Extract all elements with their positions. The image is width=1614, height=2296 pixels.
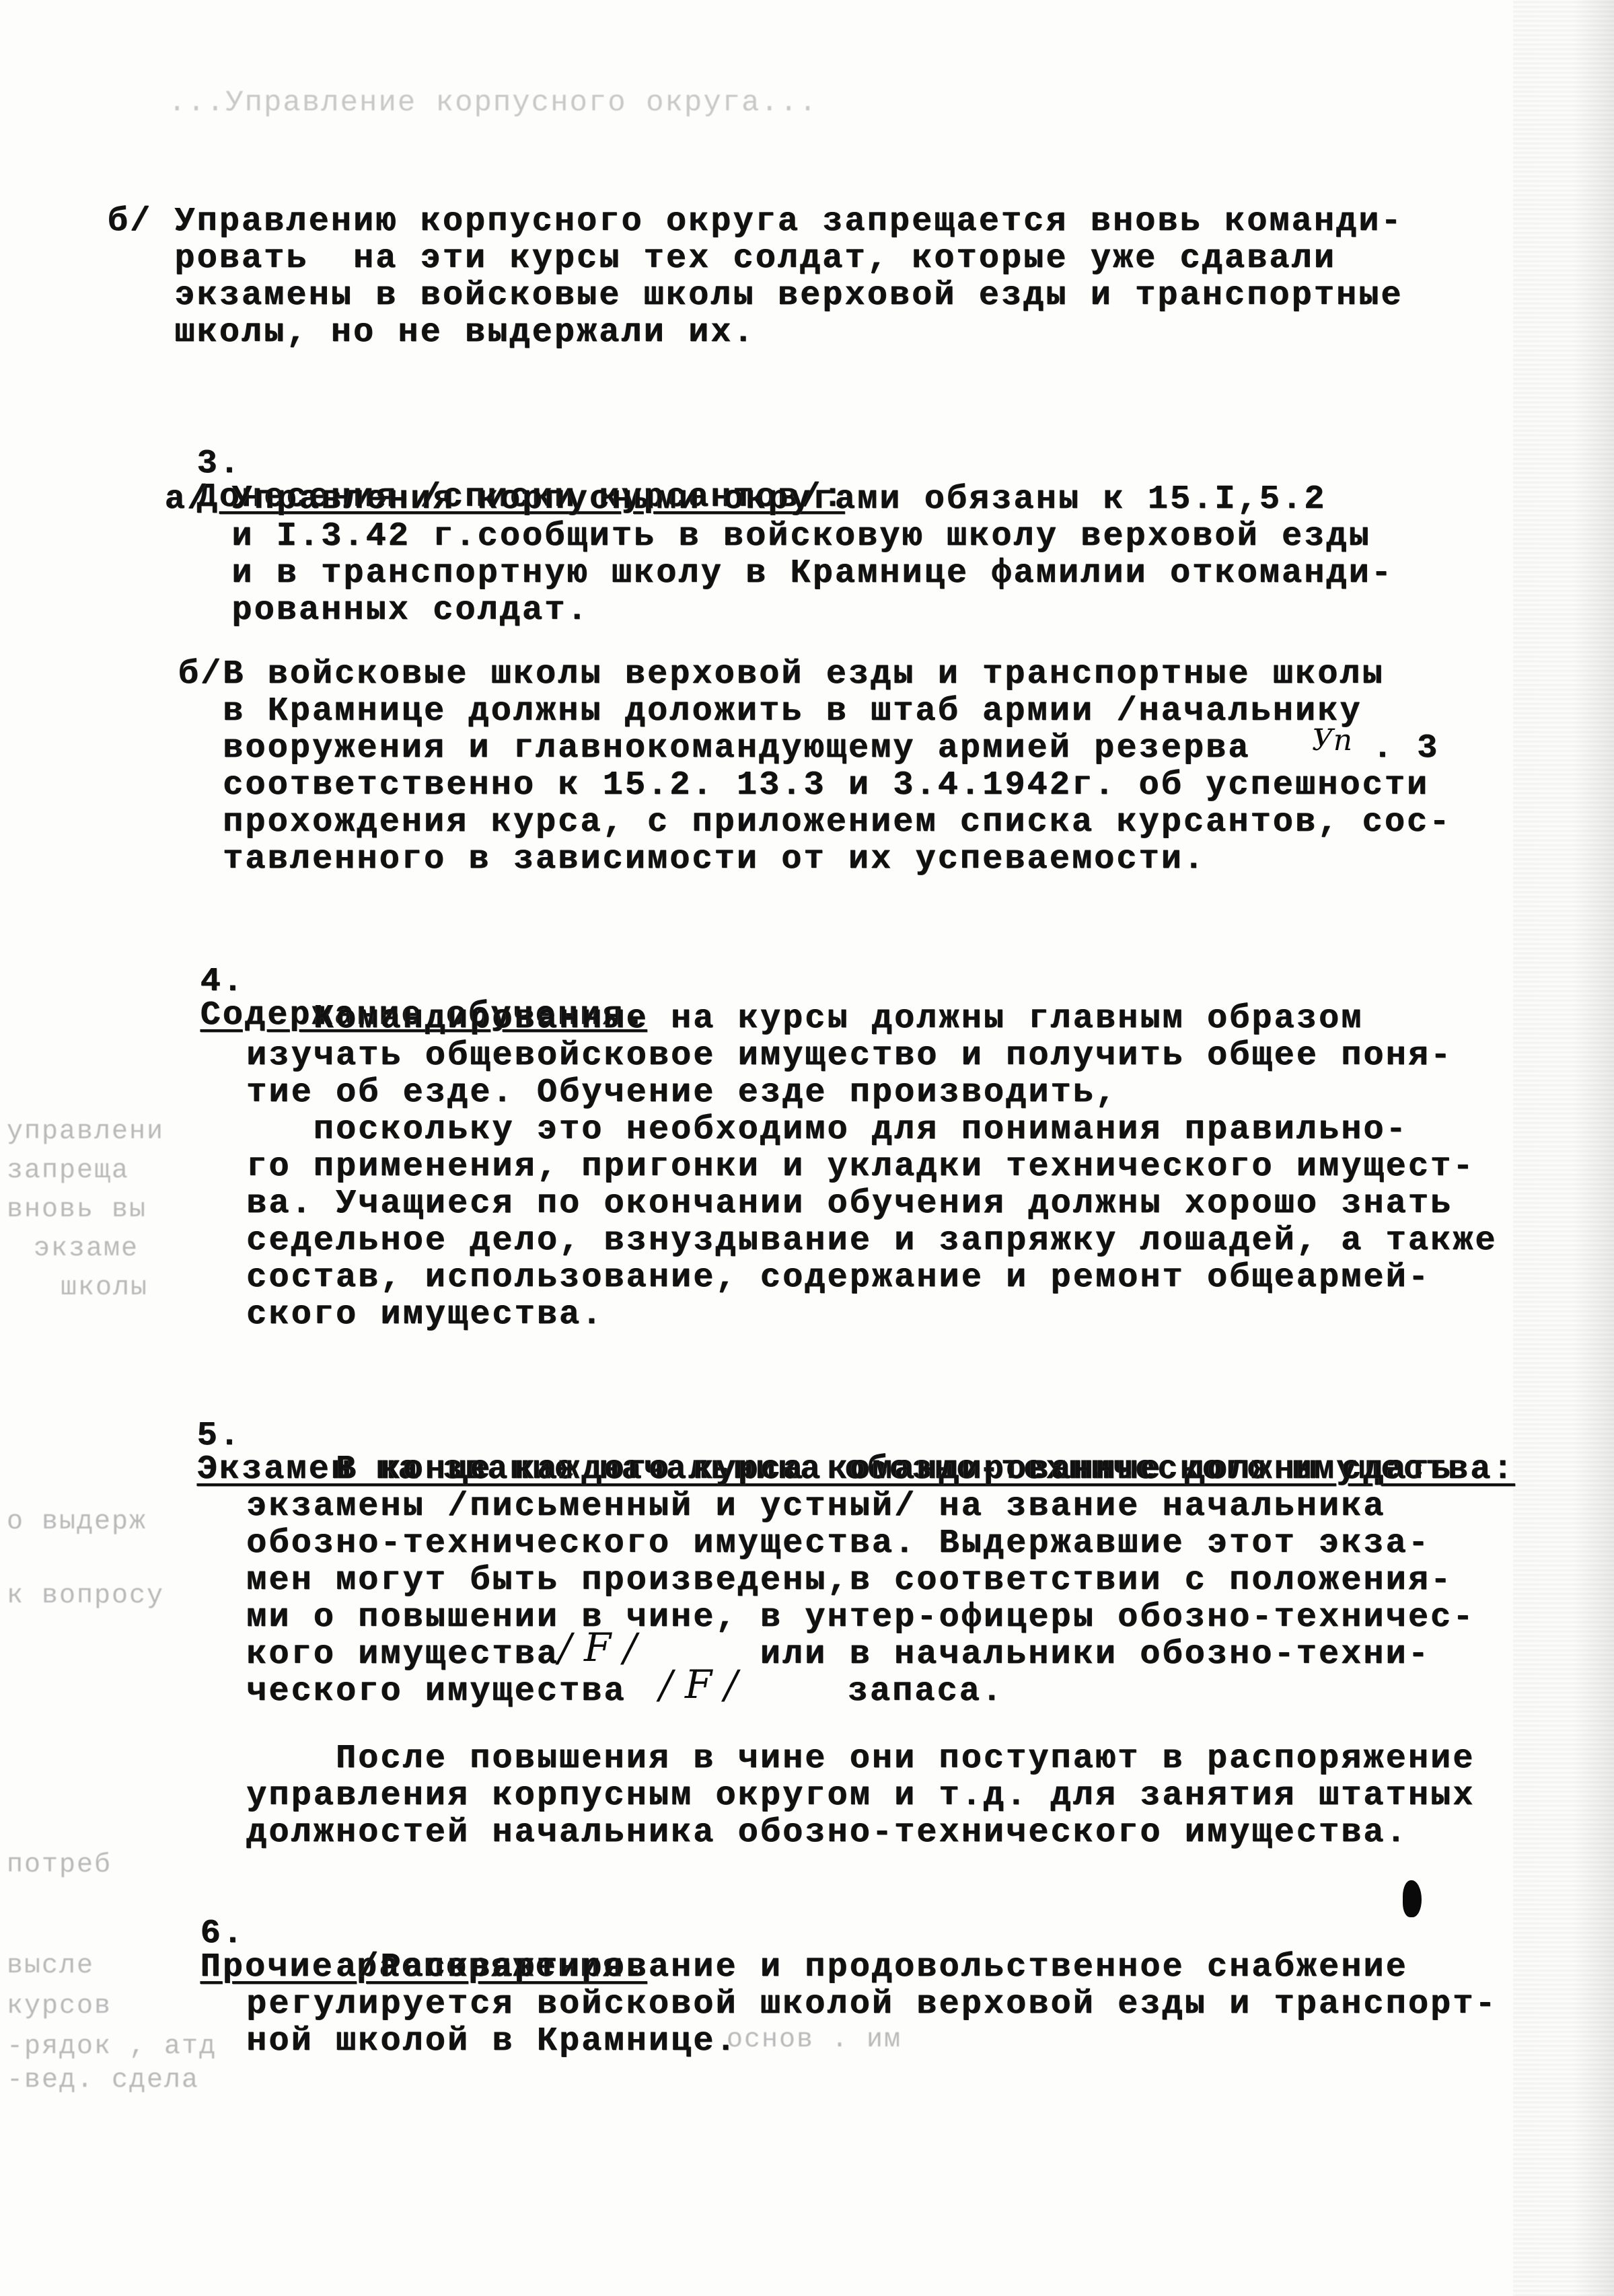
scanned-page: ...Управление корпусного округа... управ…	[0, 0, 1614, 2296]
handwritten-f-mark: / F /	[659, 1662, 737, 1707]
paragraph-line: изучать общевойсковое имущество и получи…	[202, 1039, 1453, 1073]
handwritten-reserve-mark: Уп	[1312, 723, 1352, 757]
paragraph-line: тие об езде. Обучение езде производить,	[202, 1076, 1117, 1110]
paragraph-line: ва. Учащиеся по окончании обучения должн…	[202, 1187, 1453, 1221]
paragraph-line: б/ Управлению корпусного округа запрещае…	[108, 205, 1403, 239]
paragraph-line: ной школой в Крамнице.	[202, 2025, 738, 2059]
bleed-through-text: школы	[61, 1273, 148, 1303]
bleed-through-text: -рядок , атд	[7, 2032, 217, 2062]
paragraph-line: рованных солдат.	[165, 594, 589, 628]
paragraph-line: экзамены /письменный и устный/ на звание…	[202, 1490, 1386, 1524]
bleed-through-text: потреб	[7, 1850, 112, 1880]
bleed-through-text: к вопросу	[7, 1581, 164, 1611]
bleed-through-text: экзаме	[34, 1234, 139, 1264]
paragraph-line: а/ Управления корпусными округами обязан…	[165, 483, 1327, 517]
paragraph-line: экзамены в войсковые школы верховой езды…	[108, 279, 1403, 313]
ink-blot	[1403, 1880, 1422, 1917]
paragraph-line: ского имущества.	[202, 1298, 604, 1332]
section-number: 4.	[200, 963, 245, 1001]
paragraph-line: ми о повышении в чине, в унтер-офицеры о…	[202, 1601, 1475, 1635]
section-number: 3.	[197, 445, 242, 483]
paragraph-line: кого имущества	[202, 1638, 559, 1672]
paragraph-line: соответственно к 15.2. 13.3 и 3.4.1942г.…	[178, 769, 1429, 803]
paragraph-line: состав, использование, содержание и ремо…	[202, 1261, 1430, 1295]
section-number: 6.	[200, 1915, 245, 1953]
section-number: 5.	[197, 1417, 242, 1455]
bleed-through-text: вновь вы	[7, 1195, 147, 1225]
paragraph-line: или в начальники обозно-техни-	[760, 1638, 1430, 1672]
bleed-through-text: высле	[7, 1951, 94, 1981]
paragraph-line: а/Расквартирование и продовольственное с…	[202, 1951, 1408, 1985]
paragraph-line: обозно-технического имущества. Выдержавш…	[202, 1527, 1430, 1561]
paper-edge-shadow	[1513, 0, 1614, 2296]
paragraph-line: прохождения курса, с приложением списка …	[178, 806, 1452, 840]
bleed-through-text: запреща	[7, 1156, 129, 1186]
paragraph-line: го применения, пригонки и укладки технич…	[202, 1150, 1475, 1184]
paragraph-line: вооружения и главнокомандующему армией р…	[178, 732, 1251, 766]
paragraph-line: Командированные на курсы должны главным …	[202, 1002, 1364, 1036]
paragraph-line: поскольку это необходимо для понимания п…	[202, 1113, 1408, 1147]
paragraph-line: мен могут быть произведены,в соответстви…	[202, 1564, 1453, 1598]
paragraph-line: ческого имущества	[202, 1675, 626, 1709]
paragraph-line: ровать на эти курсы тех солдат, которые …	[108, 242, 1336, 276]
handwritten-f-mark: / F /	[558, 1625, 636, 1670]
paragraph-line: тавленного в зависимости от их успеваемо…	[178, 843, 1206, 877]
paragraph-line: седельное дело, взнуздывание и запряжку …	[202, 1224, 1498, 1258]
bleed-through-text: курсов	[7, 1991, 112, 2022]
paragraph-line: должностей начальника обозно-техническог…	[202, 1816, 1408, 1850]
paragraph-line: в Крамнице должны доложить в штаб армии …	[178, 695, 1362, 729]
bleed-through-text: основ . им	[727, 2025, 902, 2055]
bleed-through-text: управлени	[7, 1117, 164, 1147]
paragraph-line: В конце каждого курса командированные до…	[202, 1453, 1453, 1487]
paragraph-line: школы, но не выдержали их.	[108, 316, 756, 350]
bleed-through-text: -вед. сдела	[7, 2065, 199, 2096]
paragraph-line: После повышения в чине они поступают в р…	[202, 1742, 1475, 1776]
paragraph-line: и в транспортную школу в Крамнице фамили…	[165, 557, 1393, 591]
paragraph-line: . 3	[1372, 732, 1440, 766]
paragraph-line: запаса.	[848, 1675, 1004, 1709]
paragraph-line: регулируется войсковой школой верховой е…	[202, 1988, 1498, 2022]
paragraph-line: и I.3.42 г.сообщить в войсковую школу ве…	[165, 520, 1371, 554]
paragraph-line: б/В войсковые школы верховой езды и тран…	[178, 658, 1385, 692]
paragraph-line: управления корпусным округом и т.д. для …	[202, 1779, 1475, 1813]
faint-header: ...Управление корпусного округа...	[168, 86, 818, 120]
